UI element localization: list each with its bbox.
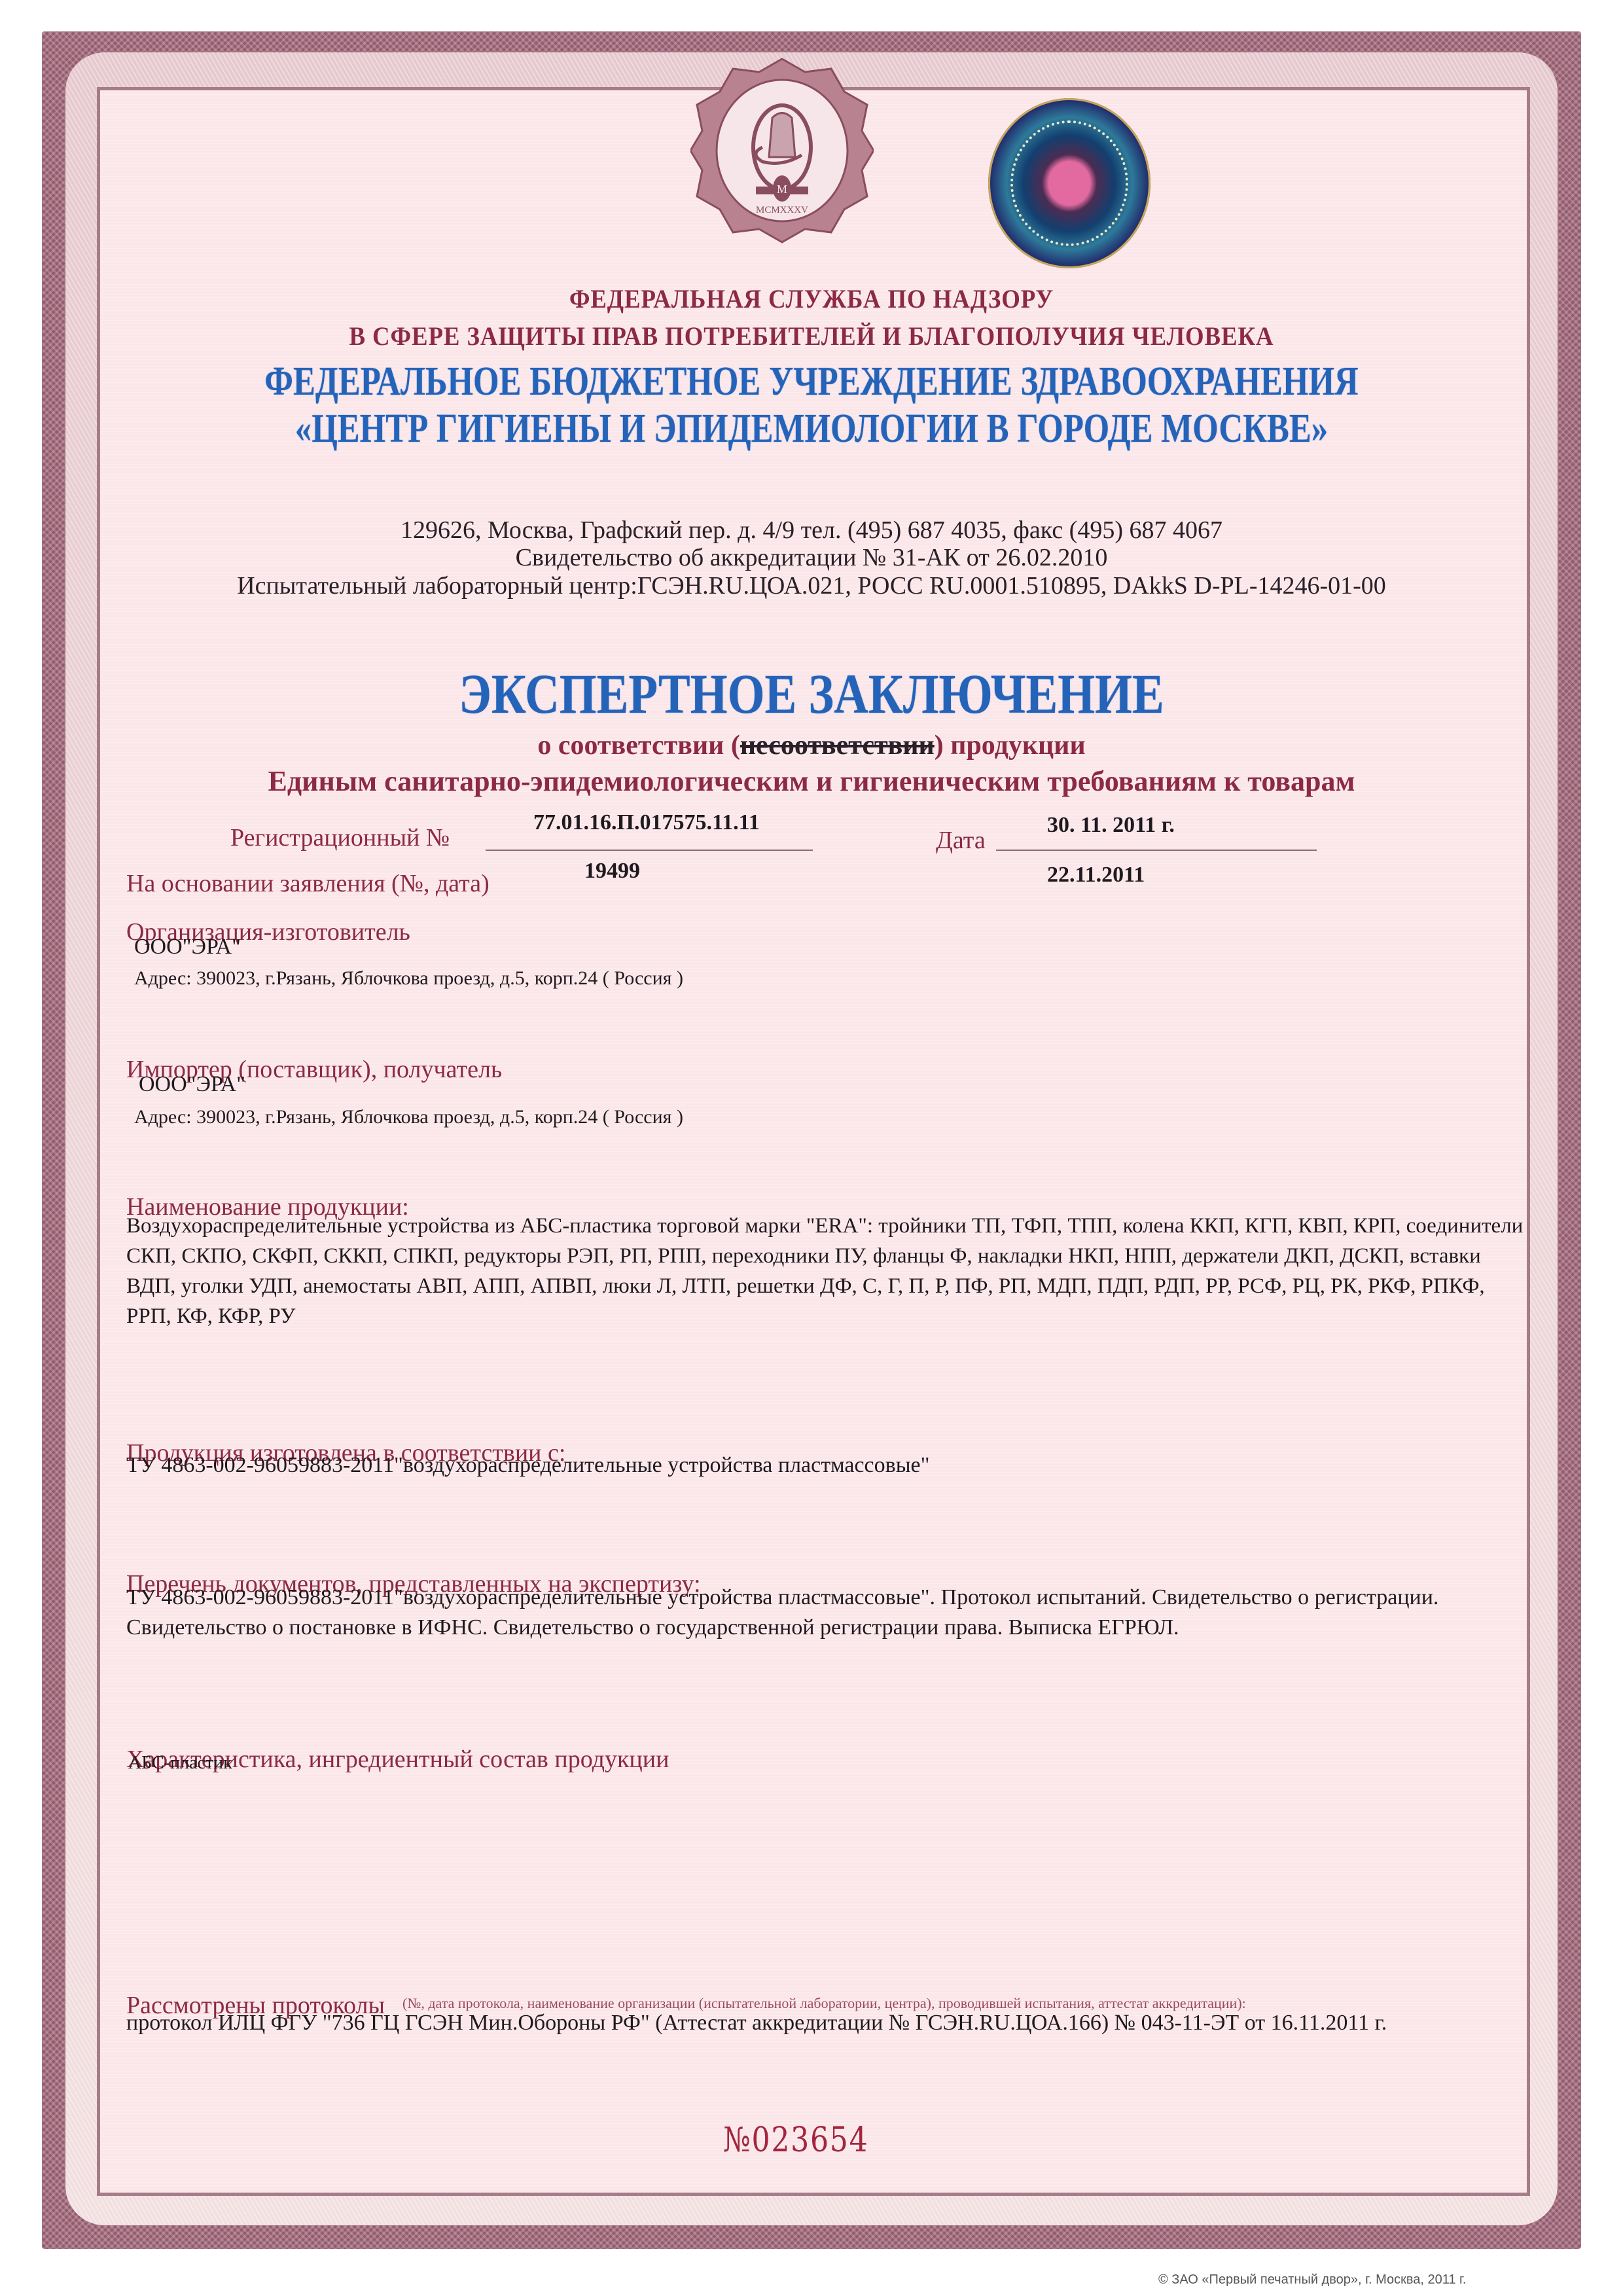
protocols-value: протокол ИЛЦ ФГУ "736 ГЦ ГСЭН Мин.Оборон… [126,2008,1514,2038]
agency-line-2: В СФЕРЕ ЗАЩИТЫ ПРАВ ПОТРЕБИТЕЛЕЙ И БЛАГО… [65,321,1558,351]
subtitle-suffix: ) продукции [935,730,1086,761]
reg-number-underline [486,850,813,851]
application-label: На основании заявления (№, дата) [126,869,490,898]
agency-line-1: ФЕДЕРАЛЬНАЯ СЛУЖБА ПО НАДЗОРУ [65,283,1558,314]
serial-number: №023654 [723,2121,868,2160]
application-number: 19499 [584,859,640,884]
svg-text:MCMXXXV: MCMXXXV [756,205,808,215]
date-label: Дата [936,826,986,855]
date-underline [996,850,1317,851]
application-date: 22.11.2011 [1047,863,1145,888]
lab-center-ids: Испытательный лабораторный центр:ГСЭН.RU… [0,571,1623,600]
institution-line-1: ФЕДЕРАЛЬНОЕ БЮДЖЕТНОЕ УЧРЕЖДЕНИЕ ЗДРАВОО… [146,359,1477,405]
produced-per-value: ТУ 4863-002-96059883-2011"воздухораспред… [126,1453,930,1478]
document-subtitle-line-2: Единым санитарно-эпидемиологическим и ги… [0,764,1623,798]
svg-text:M: M [777,183,787,196]
institution-seal-icon: M MCMXXXV [690,56,874,245]
document-title: ЭКСПЕРТНОЕ ЗАКЛЮЧЕНИЕ [122,661,1501,726]
importer-name: ООО"ЭРА" [139,1072,245,1097]
reg-number-value: 77.01.16.П.017575.11.11 [533,810,760,835]
institution-line-2: «ЦЕНТР ГИГИЕНЫ И ЭПИДЕМИОЛОГИИ В ГОРОДЕ … [146,406,1477,452]
importer-address: Адрес: 390023, г.Рязань, Яблочкова проез… [134,1106,683,1128]
document-subtitle: о соответствии (несоответствии) продукци… [0,730,1623,761]
subtitle-prefix: о соответствии ( [537,730,740,761]
subtitle-struck-option: несоответствии [740,730,935,761]
printer-imprint: © ЗАО «Первый печатный двор», г. Москва,… [1158,2272,1466,2287]
manufacturer-address: Адрес: 390023, г.Рязань, Яблочкова проез… [134,967,683,990]
accreditation-certificate: Свидетельство об аккредитации № 31-АК от… [0,543,1623,572]
hologram-sticker-icon [988,98,1150,268]
institution-address: 129626, Москва, Графский пер. д. 4/9 тел… [0,516,1623,545]
date-value: 30. 11. 2011 г. [1047,813,1175,838]
documents-list: ТУ 4863-002-96059883-2011"воздухораспред… [126,1583,1488,1643]
manufacturer-name: ООО"ЭРА" [134,935,241,960]
product-description: Воздухораспределительные устройства из А… [126,1211,1533,1331]
reg-number-label: Регистрационный № [230,823,450,852]
composition-value: АБС-пластик [128,1753,232,1774]
